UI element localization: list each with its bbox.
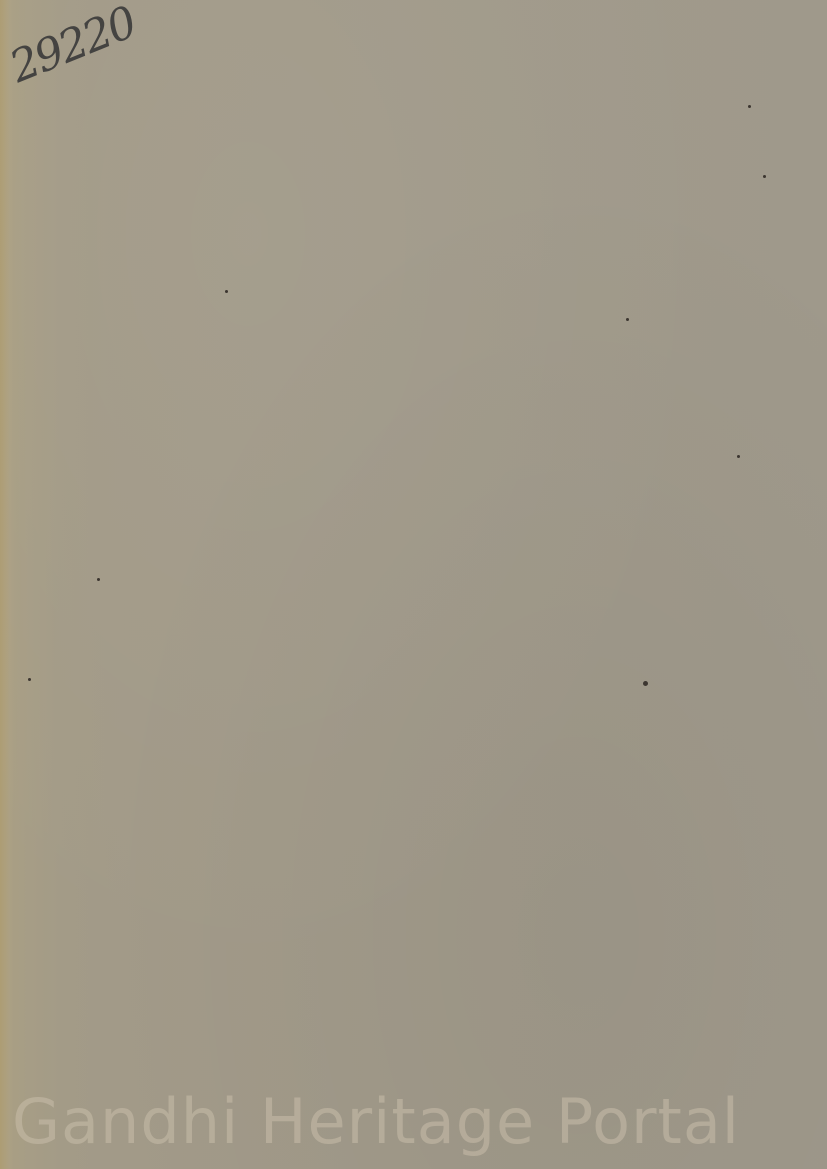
- page-binding-edge: [0, 0, 10, 1169]
- scanned-page: 29220 Gandhi Heritage Portal: [0, 0, 827, 1169]
- paper-speck: [28, 678, 31, 681]
- handwritten-accession-number: 29220: [3, 0, 143, 93]
- paper-speck: [225, 290, 228, 293]
- paper-speck: [748, 105, 751, 108]
- paper-speck: [763, 175, 766, 178]
- watermark-text: Gandhi Heritage Portal: [12, 1085, 740, 1158]
- paper-speck: [643, 681, 648, 686]
- paper-speck: [626, 318, 629, 321]
- paper-speck: [737, 455, 740, 458]
- paper-speck: [97, 578, 100, 581]
